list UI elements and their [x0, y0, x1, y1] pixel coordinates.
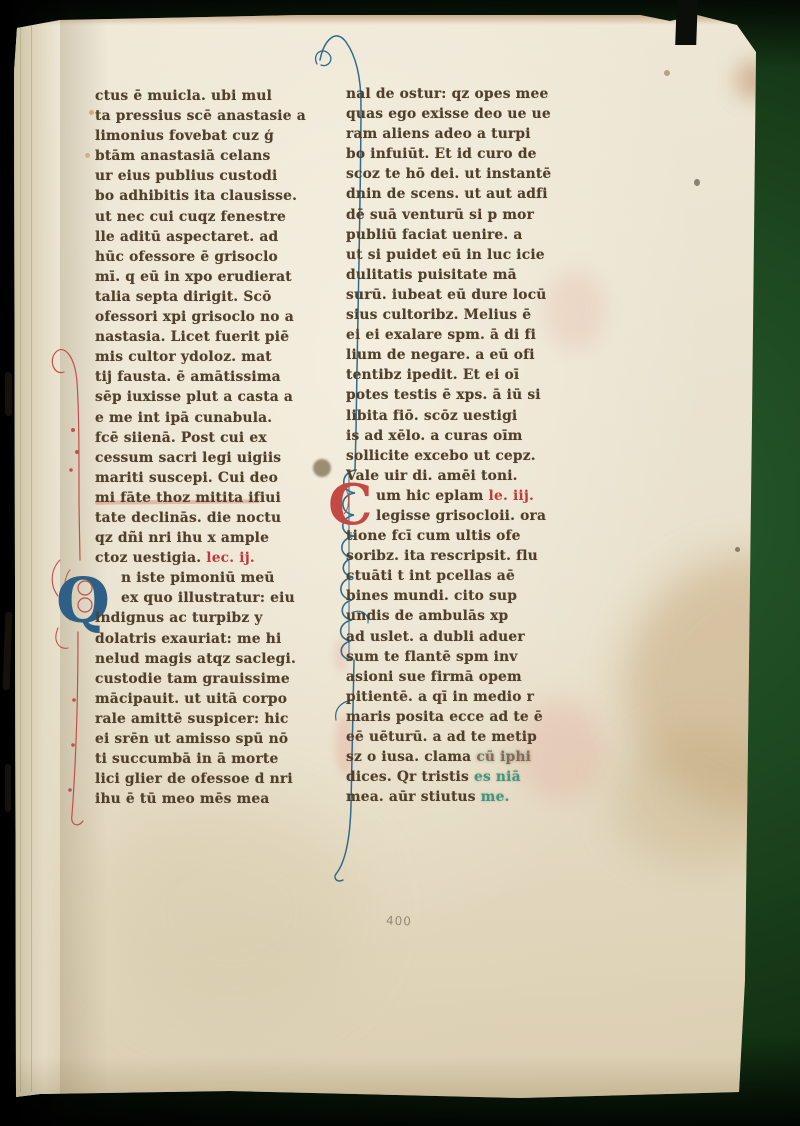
text-line: nastasia. Licet fuerit piē [95, 327, 345, 347]
bookmark-ribbon [675, 0, 698, 45]
body-text: surū. iubeat eū dure locū [346, 287, 547, 303]
text-line: eē uēturū. a ad te metip [346, 727, 602, 747]
text-line: ofessori xpi grisoclo no a [95, 307, 345, 327]
text-line: ti succumbā in ā morte [95, 749, 345, 769]
text-line: sollicite excebo ut cepz. [346, 446, 602, 466]
body-text: rale amittē suspicer: hic [95, 711, 289, 727]
text-line: sēp iuxisse plut a casta a [95, 387, 345, 407]
body-text: dulitatis puisitate mā [346, 267, 517, 283]
body-text: ut nec cui cuqz fenestre [95, 209, 286, 225]
highlighted-text: cū iphi [476, 749, 531, 765]
text-line: hūc ofessore ē grisoclo [95, 247, 345, 267]
text-line: ei srēn ut amisso spū nō [95, 729, 345, 749]
body-text: tate declinās. die noctu [95, 510, 281, 526]
body-text: btām anastasiā celans [95, 148, 270, 164]
body-text: lium de negare. a eū ofi [346, 347, 535, 363]
text-line: asioni sue firmā opem [346, 667, 602, 687]
text-column-right: nal de ostur: qz opes meequas ego exisse… [346, 84, 602, 807]
stain [610, 730, 790, 870]
body-text: mis cultor ydoloz. mat [95, 349, 272, 365]
text-line: potes testis ē xps. ā iū si [346, 385, 602, 405]
text-line: dolatris exauriat: me hi [95, 629, 345, 649]
manuscript-photo: Q C ctus ē muicla. ubi multa pressius sc… [0, 0, 800, 1126]
text-line: tentibz ipedit. Et ei oī [346, 365, 602, 385]
body-text: tentibz ipedit. Et ei oī [346, 367, 519, 383]
body-text: undis de ambulās xp [346, 608, 508, 624]
body-text: bo infuiūt. Et id curo de [346, 146, 537, 162]
body-text: legisse grisocloii. ora [376, 508, 546, 524]
text-line: bo adhibitis ita clausisse. [95, 186, 345, 206]
body-text: ram aliens adeo a turpi [346, 126, 531, 142]
text-line: dulitatis puisitate mā [346, 265, 602, 285]
text-line: sius cultoribz. Melius ē [346, 305, 602, 325]
body-text: nelud magis atqz saclegi. [95, 651, 296, 667]
text-line: ut si puidet eū in luc icie [346, 245, 602, 265]
body-text: ctoz uestigia. [95, 550, 206, 566]
text-line: bines mundi. cito sup [346, 586, 602, 606]
text-line: surū. iubeat eū dure locū [346, 285, 602, 305]
body-text: mi fāte thoz mitita ifiui [95, 490, 281, 506]
text-line: custodie tam grauissime [95, 669, 345, 689]
body-text: sēp iuxisse plut a casta a [95, 389, 293, 405]
rubric-text: lec. ij. [206, 550, 255, 566]
body-text: ctus ē muicla. ubi mul [95, 88, 272, 104]
text-line: lici glier de ofessoe d nri [95, 769, 345, 789]
text-line: ram aliens adeo a turpi [346, 124, 602, 144]
body-text: limonius fovebat cuz ģ [95, 128, 274, 144]
text-line: ut nec cui cuqz fenestre [95, 207, 345, 227]
text-line: dices. Qr tristis es niā [346, 767, 602, 787]
text-line: sz o iusa. clama cū iphi [346, 747, 602, 767]
parchment-page: Q C ctus ē muicla. ubi multa pressius sc… [0, 0, 800, 1126]
text-line: ur eius publius custodi [95, 166, 345, 186]
body-text: hūc ofessore ē grisoclo [95, 249, 278, 265]
text-line: libita fiō. scōz uestigi [346, 406, 602, 426]
body-text: ihu ē tū meo mēs mea [95, 791, 270, 807]
text-line: mis cultor ydoloz. mat [95, 347, 345, 367]
stain [625, 555, 800, 815]
page-bottom-shadow [14, 1056, 752, 1098]
body-text: mea. aūr stiutus [346, 789, 481, 805]
body-text: mī. q eū in xpo erudierat [95, 269, 292, 285]
body-text: tij fausta. ē amātissima [95, 369, 281, 385]
body-text: sius cultoribz. Melius ē [346, 307, 531, 323]
body-text: ex quo illustratur: eiu [121, 590, 295, 606]
body-text: is ad xēlo. a curas oīm [346, 428, 523, 444]
body-text: bines mundi. cito sup [346, 588, 517, 604]
speck [735, 547, 740, 552]
body-text: ctuāti t int pcellas aē [346, 568, 515, 584]
text-line: maris posita ecce ad te ē [346, 707, 602, 727]
text-column-left: ctus ē muicla. ubi multa pressius scē an… [95, 86, 345, 809]
body-text: asioni sue firmā opem [346, 669, 522, 685]
body-text: mācipauit. ut uitā corpo [95, 691, 287, 707]
text-line: e me int ipā cunabula. [95, 408, 345, 428]
body-text: sz o iusa. clama [346, 749, 476, 765]
text-line: mariti suscepi. Cui deo [95, 468, 345, 488]
body-text: fcē siienā. Post cui ex [95, 430, 267, 446]
text-line: tate declinās. die noctu [95, 508, 345, 528]
text-line: lium de negare. a eū ofi [346, 345, 602, 365]
body-text: sollicite excebo ut cepz. [346, 448, 536, 464]
text-line: bo infuiūt. Et id curo de [346, 144, 602, 164]
body-text: potes testis ē xps. ā iū si [346, 387, 541, 403]
folio-number: 400 [386, 914, 412, 929]
body-text: maris posita ecce ad te ē [346, 709, 543, 725]
body-text: eē uēturū. a ad te metip [346, 729, 537, 745]
text-line: indignus ac turpibz y [95, 608, 345, 628]
text-line: rale amittē suspicer: hic [95, 709, 345, 729]
body-text: ut si puidet eū in luc icie [346, 247, 545, 263]
text-line: publiū faciat uenire. a [346, 225, 602, 245]
page-top-edge-browning [14, 14, 756, 25]
body-text: ofessori xpi grisoclo no a [95, 309, 294, 325]
text-line: talia septa dirigit. Scō [95, 287, 345, 307]
body-text: Vale uir di. amēi toni. [346, 468, 518, 484]
body-text: nastasia. Licet fuerit piē [95, 329, 289, 345]
text-line: fcē siienā. Post cui ex [95, 428, 345, 448]
text-line: legisse grisocloii. ora [346, 506, 602, 526]
body-text: ei ei exalare spm. ā di fi [346, 327, 536, 343]
body-text: n iste pimoniū meū [121, 570, 275, 586]
edge-bleed-mark [5, 372, 12, 416]
text-line: n iste pimoniū meū [95, 568, 345, 588]
text-line: ihu ē tū meo mēs mea [95, 789, 345, 809]
text-line: mācipauit. ut uitā corpo [95, 689, 345, 709]
body-text: talia septa dirigit. Scō [95, 289, 271, 305]
text-line: mī. q eū in xpo erudierat [95, 267, 345, 287]
body-text: custodie tam grauissime [95, 671, 290, 687]
body-text: mariti suscepi. Cui deo [95, 470, 278, 486]
text-line: ad uslet. a dubli aduer [346, 627, 602, 647]
text-line: scoz te hō dei. ut instantē [346, 164, 602, 184]
body-text: tione fcī cum ultis ofe [346, 528, 521, 544]
body-text: e me int ipā cunabula. [95, 410, 272, 426]
text-line: tij fausta. ē amātissima [95, 367, 345, 387]
text-line: dē suā venturū si p mor [346, 205, 602, 225]
body-text: qz dñi nri ihu x ample [95, 530, 269, 546]
text-line: cessum sacri legi uigiis [95, 448, 345, 468]
body-text: indignus ac turpibz y [95, 610, 263, 626]
speck [664, 70, 670, 76]
body-text: dē suā venturū si p mor [346, 207, 534, 223]
text-line: btām anastasiā celans [95, 146, 345, 166]
text-line: nelud magis atqz saclegi. [95, 649, 345, 669]
text-line: mea. aūr stiutus me. [346, 787, 602, 807]
body-text: scoz te hō dei. ut instantē [346, 166, 551, 182]
body-text: um hic eplam [376, 488, 489, 504]
body-text: ei srēn ut amisso spū nō [95, 731, 288, 747]
highlighted-text: me. [481, 789, 510, 805]
text-line: lle aditū aspectaret. ad [95, 227, 345, 247]
speck [694, 179, 700, 186]
text-line: ctoz uestigia. lec. ij. [95, 548, 345, 568]
text-line: ei ei exalare spm. ā di fi [346, 325, 602, 345]
body-text: lici glier de ofessoe d nri [95, 771, 293, 787]
rubric-text: le. iij. [489, 488, 535, 504]
body-text: quas ego exisse deo ue ue [346, 106, 551, 122]
body-text: dices. Qr tristis [346, 769, 474, 785]
body-text: libita fiō. scōz uestigi [346, 408, 517, 424]
text-line: limonius fovebat cuz ģ [95, 126, 345, 146]
text-line: ctus ē muicla. ubi mul [95, 86, 345, 106]
text-line: mi fāte thoz mitita ifiui [95, 488, 345, 508]
page-edge-line [31, 22, 32, 1092]
text-line: quas ego exisse deo ue ue [346, 104, 602, 124]
stain [100, 800, 360, 1020]
body-text: soribz. ita rescripsit. flu [346, 548, 538, 564]
body-text: nal de ostur: qz opes mee [346, 86, 548, 102]
text-line: is ad xēlo. a curas oīm [346, 426, 602, 446]
edge-bleed-mark [5, 764, 11, 812]
text-line: um hic eplam le. iij. [346, 486, 602, 506]
body-text: bo adhibitis ita clausisse. [95, 188, 297, 204]
page-edge-line [20, 24, 21, 1092]
corner-browning [735, 60, 775, 100]
text-line: Vale uir di. amēi toni. [346, 466, 602, 486]
body-text: lle aditū aspectaret. ad [95, 229, 278, 245]
edge-bleed-mark [3, 612, 13, 690]
body-text: ti succumbā in ā morte [95, 751, 278, 767]
text-line: ex quo illustratur: eiu [95, 588, 345, 608]
body-text: cessum sacri legi uigiis [95, 450, 281, 466]
text-line: dnin de scens. ut aut adfi [346, 184, 602, 204]
text-line: sum te flantē spm inv [346, 647, 602, 667]
text-line: pitientē. a qī in medio r [346, 687, 602, 707]
body-text: dolatris exauriat: me hi [95, 631, 281, 647]
body-text: pitientē. a qī in medio r [346, 689, 534, 705]
body-text: sum te flantē spm inv [346, 649, 518, 665]
text-line: nal de ostur: qz opes mee [346, 84, 602, 104]
body-text: ta pressius scē anastasie a [95, 108, 306, 124]
text-line: tione fcī cum ultis ofe [346, 526, 602, 546]
text-line: undis de ambulās xp [346, 606, 602, 626]
highlighted-text: es niā [474, 769, 521, 785]
body-text: ad uslet. a dubli aduer [346, 629, 525, 645]
text-line: qz dñi nri ihu x ample [95, 528, 345, 548]
text-line: ta pressius scē anastasie a [95, 106, 345, 126]
body-text: dnin de scens. ut aut adfi [346, 186, 548, 202]
body-text: publiū faciat uenire. a [346, 227, 523, 243]
text-line: soribz. ita rescripsit. flu [346, 546, 602, 566]
text-line: ctuāti t int pcellas aē [346, 566, 602, 586]
body-text: ur eius publius custodi [95, 168, 277, 184]
